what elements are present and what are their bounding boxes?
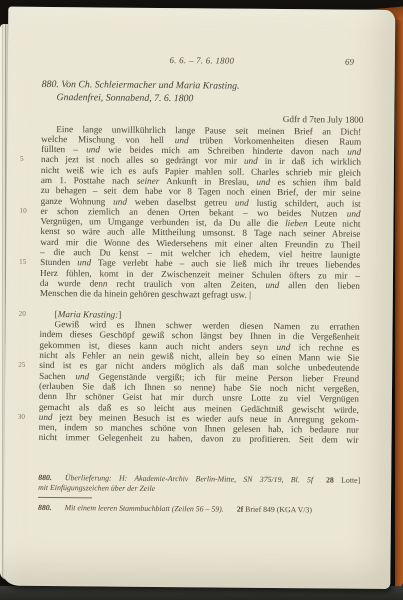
text-segment: lustig schildert, auch ist [249,197,361,208]
text-segment: Sachen [39,371,75,381]
text-segment: füllten – [41,144,86,154]
text-segment: weben daselbst getreu [127,196,235,207]
text-segment: und [347,208,361,218]
text-segment: lieben [285,218,308,228]
text-segment: Brief 849 (KGA V/3) [243,505,312,515]
text-segment: und [235,197,249,207]
text-segment: und [277,342,291,352]
letter-body: Eine lange unwillkührlich lange Pause se… [39,123,362,445]
text-line: nicht immer Gelegenheit zu haben, davon … [39,432,359,445]
page-number: 69 [345,57,354,67]
book-page: 6. 6. – 7. 6. 1800 69 880. Von Ch. Schle… [3,7,395,589]
line-number: 25 [18,360,34,370]
text-line: 880.Mit einem leeren Stammbuchblatt (Zei… [38,503,360,515]
critical-apparatus: 880.Überlieferung: H: Akademie-Archiv Be… [38,473,360,515]
text-segment: und [86,144,100,154]
text-segment: ganze Wohnung [41,196,114,207]
text-segment: in ir daß ich wirklich [258,156,361,167]
text-segment: und [347,147,361,157]
text-segment: Leute nicht [308,218,361,228]
text-segment: Ankunft in Breslau, [159,176,256,187]
text-segment: und [256,177,270,187]
running-header-date: 6. 6. – 7. 6. 1800 [42,54,362,67]
text-segment: und [77,258,91,268]
letter-dateline: Gdfr d 7ten July 1800 [41,112,363,125]
text-segment: Maria Krasting: [58,309,119,320]
line-number: 20 [19,309,35,319]
line-number: 5 [20,154,36,164]
text-segment: 880. [38,473,52,482]
scanned-book-photo: 6. 6. – 7. 6. 1800 69 880. Von Ch. Schle… [0,0,403,600]
line-number: 30 [18,412,34,422]
text-segment: Lotte] [334,476,360,485]
line-number: 10 [20,206,36,216]
text-segment: Stunden [40,257,77,267]
running-header: 6. 6. – 7. 6. 1800 69 [42,54,362,69]
text-segment: und [113,196,127,206]
book-cover-edge-right [395,20,403,588]
text-segment: nicht immer Gelegenheit zu haben, davon … [39,432,359,445]
text-segment: und [75,371,89,381]
text-segment: seiner [137,176,160,186]
text-segment: mit Einfügungszeichen über der Zeile [38,483,155,493]
text-segment: und [244,156,258,166]
apparatus-divider [38,497,92,498]
text-segment: und [39,412,53,422]
text-segment: und [175,135,189,145]
letter-heading: 880. Von Ch. Schleiermacher und Maria Kr… [42,79,372,105]
text-segment: ich rechne es [290,342,359,353]
text-segment: 28 [326,475,334,484]
text-segment: am 1. Posttahe nach [41,175,137,186]
text-segment: es schien ihm bald [270,177,361,188]
text-segment: da wurde den [40,278,103,289]
text-segment: Mit einem leeren Stammbuchblatt (Zeilen … [65,503,224,513]
text-segment: und [265,280,279,290]
letter-heading-line2: Gnadenfrei, Sonnabend, 7. 6. 1800 [57,92,372,106]
text-segment: ] [118,309,121,319]
text-segment: 880. [38,503,52,512]
text-line: mit Einfügungszeichen über der Zeile [38,483,360,495]
text-segment: allen den lieben [279,280,360,291]
letter-heading-line1: 880. Von Ch. Schleiermacher und Maria Kr… [42,79,372,93]
line-number: 15 [19,257,35,267]
